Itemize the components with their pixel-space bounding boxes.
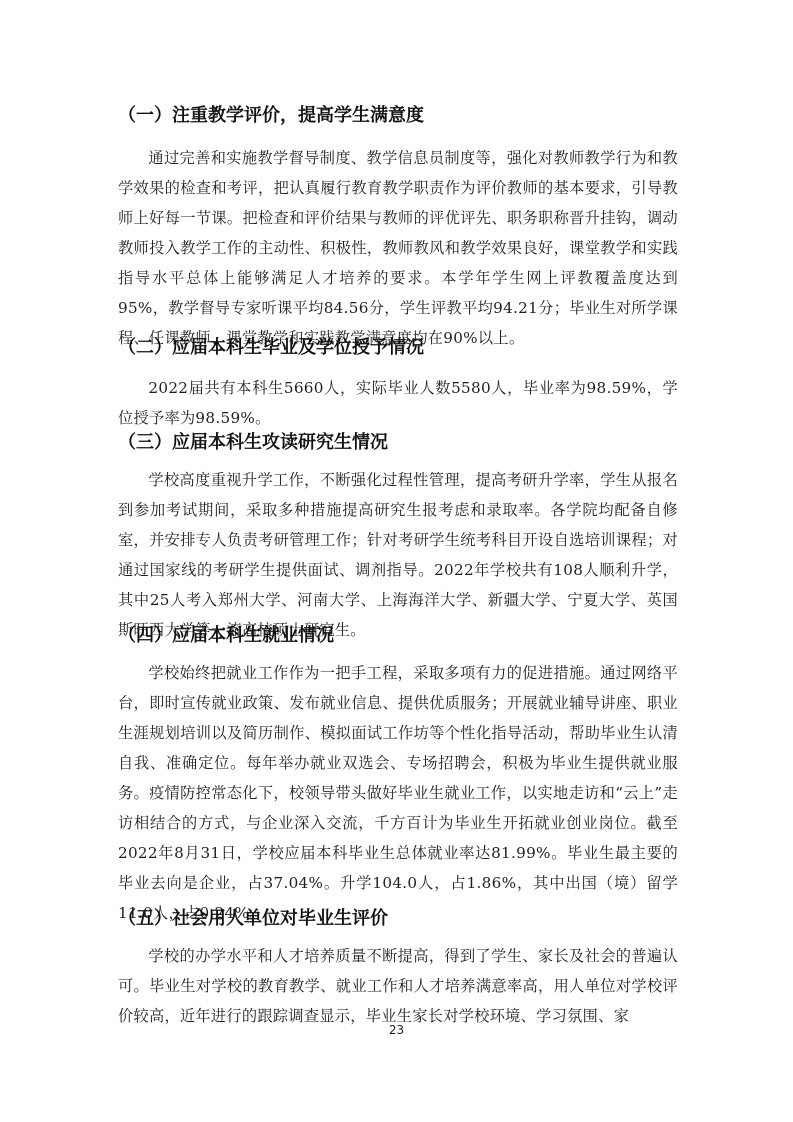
section-heading-4: （四）应届本科生就业情况 [118,624,334,648]
section-body-1: 通过完善和实施教学督导制度、教学信息员制度等，强化对教师教学行为和教学效果的检查… [118,143,678,353]
section-heading-2: （二）应届本科生毕业及学位授予情况 [118,336,424,360]
section-body-5: 学校的办学水平和人才培养质量不断提高，得到了学生、家长及社会的普遍认可。毕业生对… [118,941,678,1031]
section-body-3: 学校高度重视升学工作，不断强化过程性管理，提高考研升学率，学生从报名到参加考试期… [118,465,678,645]
page-number: 23 [0,1023,793,1037]
section-body-4: 学校始终把就业工作作为一把手工程，采取多项有力的促进措施。通过网络平台，即时宣传… [118,658,678,928]
section-heading-3: （三）应届本科生攻读研究生情况 [118,431,388,455]
section-heading-1: （一）注重教学评价，提高学生满意度 [118,104,424,128]
section-heading-5: （五）社会用人单位对毕业生评价 [118,907,388,931]
section-body-2: 2022届共有本科生5660人，实际毕业人数5580人，毕业率为98.59%，学… [118,373,678,433]
